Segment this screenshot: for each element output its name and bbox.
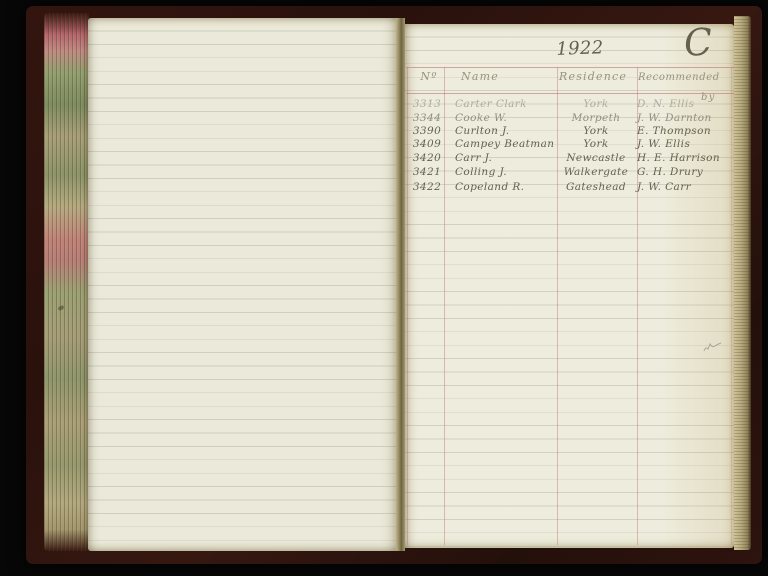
left-blank-page [88,18,397,551]
index-letter: C [683,23,714,63]
table-left-rule [407,67,408,545]
table-right-rule [731,67,732,545]
year-heading: 1922 [530,36,631,60]
residence-column-rule [637,67,638,545]
no-column-rule [444,67,445,545]
page-edges-right [734,16,751,550]
pencil-mark [702,340,724,354]
table-top-rule [406,67,734,68]
name-column-rule [557,67,558,545]
book-gutter [396,18,405,551]
marbled-page-edges-left [44,13,89,551]
ledger-photo: 1922 C Nº Name Residence Recommended by … [0,0,768,576]
page-shading [405,24,734,548]
table-header-rule [406,93,734,94]
right-ledger-page [405,24,734,548]
